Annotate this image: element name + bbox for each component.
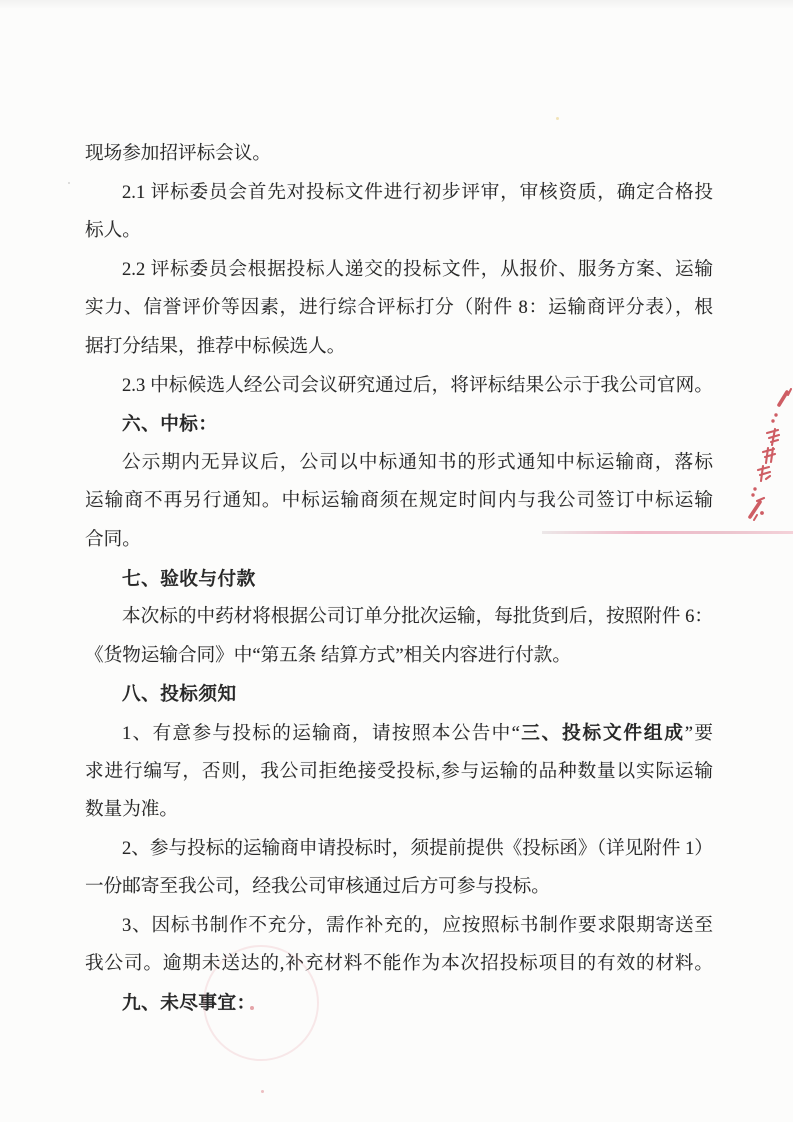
- text-line: 现场参加招评标会议。: [85, 135, 713, 174]
- text-line: 求进行编写，否则，我公司拒绝接受投标,参与运输的品种数量以实际运输: [85, 753, 713, 792]
- text-line: 运输商不再另行通知。中标运输商须在规定时间内与我公司签订中标运输: [85, 482, 713, 521]
- text-segment: 一份邮寄至我公司，经我公司审核通过后方可参与投标。: [85, 876, 550, 897]
- text-line: 九、未尽事宜：: [85, 984, 713, 1023]
- text-segment: 运输商不再另行通知。中标运输商须在规定时间内与我公司签订中标运输: [85, 490, 713, 511]
- text-segment: 标人。: [85, 220, 141, 241]
- scan-dust-speck: [556, 117, 559, 120]
- text-line: 据打分结果，推荐中标候选人。: [85, 328, 713, 367]
- text-line: 1、有意参与投标的运输商，请按照本公告中“三、投标文件组成”要: [85, 714, 713, 753]
- faint-red-stamp-arc: [203, 945, 319, 1061]
- text-segment: 2.1 评标委员会首先对投标文件进行初步评审，审核资质，确定合格投: [122, 182, 713, 203]
- red-ink-speck: [261, 1090, 264, 1093]
- text-line: 3、因标书制作不充分，需作补充的，应按照标书制作要求限期寄送至: [85, 907, 713, 946]
- text-segment: 《货物运输合同》中“第五条 结算方式”相关内容进行付款。: [85, 645, 571, 666]
- text-segment: 2.3 中标候选人经公司会议研究通过后，将评标结果公示于我公司官网。: [122, 375, 713, 396]
- text-line: 《货物运输合同》中“第五条 结算方式”相关内容进行付款。: [85, 637, 713, 676]
- scan-dust-speck: [68, 182, 70, 184]
- text-line: 2.2 评标委员会根据投标人递交的投标文件，从报价、服务方案、运输: [85, 251, 713, 290]
- text-segment: 3、因标书制作不充分，需作补充的，应按照标书制作要求限期寄送至: [122, 915, 713, 936]
- text-line: 公示期内无异议后，公司以中标通知书的形式通知中标运输商，落标: [85, 444, 713, 483]
- text-segment: 现场参加招评标会议。: [85, 143, 271, 164]
- text-line: 2.3 中标候选人经公司会议研究通过后，将评标结果公示于我公司官网。: [85, 367, 713, 406]
- text-segment: 实力、信誉评价等因素，进行综合评标打分（附件 8：运输商评分表），根: [85, 297, 713, 318]
- bold-text-segment: 六、中标：: [122, 413, 217, 434]
- bold-text-segment: 三、投标文件组成: [520, 722, 685, 743]
- pink-scan-artifact-line: [542, 531, 793, 534]
- bold-text-segment: 七、验收与付款: [122, 568, 256, 589]
- bold-text-segment: 八、投标须知: [122, 683, 237, 704]
- text-line: 2.1 评标委员会首先对投标文件进行初步评审，审核资质，确定合格投: [85, 174, 713, 213]
- scanned-document-page: 现场参加招评标会议。2.1 评标委员会首先对投标文件进行初步评审，审核资质，确定…: [0, 0, 793, 1122]
- document-body: 现场参加招评标会议。2.1 评标委员会首先对投标文件进行初步评审，审核资质，确定…: [85, 135, 713, 1023]
- scan-edge-shade: [0, 0, 793, 9]
- text-line: 实力、信誉评价等因素，进行综合评标打分（附件 8：运输商评分表），根: [85, 289, 713, 328]
- text-line: 标人。: [85, 212, 713, 251]
- text-line: 数量为准。: [85, 791, 713, 830]
- text-segment: 2、参与投标的运输商申请投标时，须提前提供《投标函》（详见附件 1）: [122, 838, 713, 859]
- text-segment: 我公司。逾期未送达的,补充材料不能作为本次招投标项目的有效的材料。: [85, 953, 713, 974]
- text-segment: 合同。: [85, 529, 141, 550]
- text-segment: 据打分结果，推荐中标候选人。: [85, 336, 345, 357]
- text-line: 六、中标：: [85, 405, 713, 444]
- text-line: 七、验收与付款: [85, 560, 713, 599]
- text-segment: 1、有意参与投标的运输商，请按照本公告中“: [122, 723, 520, 744]
- text-segment: 公示期内无异议后，公司以中标通知书的形式通知中标运输商，落标: [122, 452, 713, 473]
- red-ink-speck: [250, 1006, 254, 1010]
- text-line: 我公司。逾期未送达的,补充材料不能作为本次招投标项目的有效的材料。: [85, 945, 713, 984]
- red-ink-handwriting-icon: [747, 388, 793, 523]
- text-segment: ”要: [685, 723, 713, 744]
- text-segment: 求进行编写，否则，我公司拒绝接受投标,参与运输的品种数量以实际运输: [85, 761, 713, 782]
- text-line: 一份邮寄至我公司，经我公司审核通过后方可参与投标。: [85, 868, 713, 907]
- text-line: 合同。: [85, 521, 713, 560]
- text-segment: 本次标的中药材将根据公司订单分批次运输，每批货到后，按照附件 6：: [122, 606, 713, 627]
- text-line: 2、参与投标的运输商申请投标时，须提前提供《投标函》（详见附件 1）: [85, 830, 713, 869]
- text-line: 本次标的中药材将根据公司订单分批次运输，每批货到后，按照附件 6：: [85, 598, 713, 637]
- text-segment: 数量为准。: [85, 799, 178, 820]
- text-line: 八、投标须知: [85, 675, 713, 714]
- text-segment: 2.2 评标委员会根据投标人递交的投标文件，从报价、服务方案、运输: [122, 259, 713, 280]
